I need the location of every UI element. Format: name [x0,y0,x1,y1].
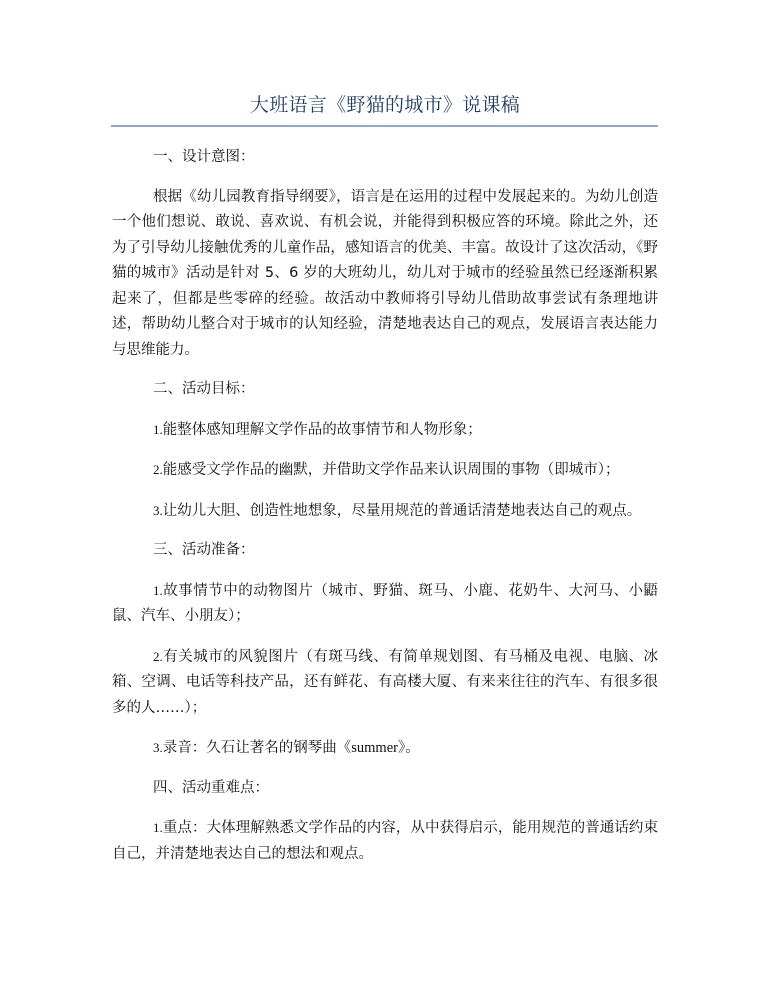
document-page: 大班语言《野猫的城市》说课稿 一、设计意图： 根据《幼儿园教育指导纲要》，语言是… [0,0,770,1000]
item-text: 让幼儿大胆、创造性地想象，尽量用规范的普通话清楚地表达自己的观点。 [163,503,642,519]
item-text: 重点：大体理解熟悉文学作品的内容，从中获得启示，能用规范的普通话约束自己，并清楚… [112,820,658,862]
preparation-item-2: 2.有关城市的风貌图片（有斑马线、有简单规划图、有马桶及电视、电脑、冰箱、空调、… [112,644,658,722]
item-number: 1. [153,422,163,437]
document-title: 大班语言《野猫的城市》说课稿 [0,92,770,118]
section-heading-objectives: 二、活动目标： [112,377,658,403]
preparation-item-1: 1.故事情节中的动物图片（城市、野猫、斑马、小鹿、花奶牛、大河马、小鼯鼠、汽车、… [112,578,658,630]
item-text: 故事情节中的动物图片（城市、野猫、斑马、小鹿、花奶牛、大河马、小鼯鼠、汽车、小朋… [112,583,658,625]
key-point-item-1: 1.重点：大体理解熟悉文学作品的内容，从中获得启示，能用规范的普通话约束自己，并… [112,815,658,867]
objective-item-1: 1.能整体感知理解文学作品的故事情节和人物形象； [112,417,658,444]
preparation-item-3: 3.录音：久石让著名的钢琴曲《summer》。 [112,735,658,762]
section-heading-design-intent: 一、设计意图： [112,145,658,171]
item-number: 3. [153,740,163,755]
item-number: 1. [153,820,163,835]
item-text: 有关城市的风貌图片（有斑马线、有简单规划图、有马桶及电视、电脑、冰箱、空调、电话… [112,649,658,716]
section-heading-preparation: 三、活动准备： [112,538,658,564]
item-text: 能整体感知理解文学作品的故事情节和人物形象； [163,422,482,438]
item-text-after: 》。 [398,740,420,756]
music-title: summer [351,740,398,756]
item-number: 1. [153,583,163,598]
section-heading-key-points: 四、活动重难点： [112,776,658,802]
title-divider [111,125,658,127]
item-number: 2. [153,462,163,477]
design-intent-paragraph: 根据《幼儿园教育指导纲要》，语言是在运用的过程中发展起来的。为幼儿创造一个他们想… [112,185,658,364]
document-body: 一、设计意图： 根据《幼儿园教育指导纲要》，语言是在运用的过程中发展起来的。为幼… [112,145,658,881]
item-number: 3. [153,503,163,518]
item-number: 2. [153,649,163,664]
objective-item-3: 3.让幼儿大胆、创造性地想象，尽量用规范的普通话清楚地表达自己的观点。 [112,498,658,525]
objective-item-2: 2.能感受文学作品的幽默，并借助文学作品来认识周围的事物（即城市）； [112,457,658,484]
item-text: 录音：久石让著名的钢琴曲《 [163,740,352,756]
item-text: 能感受文学作品的幽默，并借助文学作品来认识周围的事物（即城市）； [163,462,620,478]
